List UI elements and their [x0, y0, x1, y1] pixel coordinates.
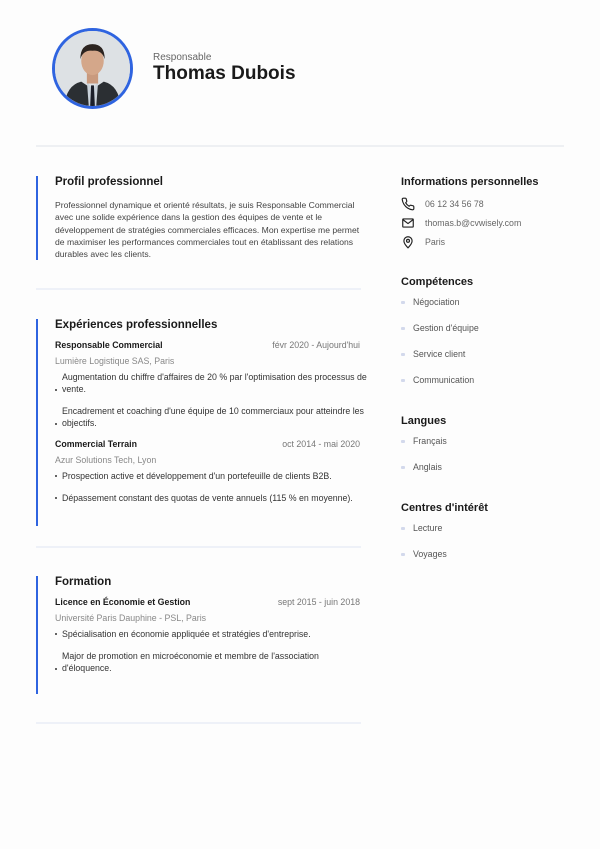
- skill-item: Service client: [401, 344, 571, 370]
- interests-section: Centres d'intérêt Lecture Voyages: [401, 502, 571, 570]
- experience-section: Expériences professionnelles Responsable…: [36, 319, 366, 526]
- entry-organization: Azur Solutions Tech, Lyon: [55, 455, 366, 465]
- contact-email: thomas.b@cvwisely.com: [401, 217, 571, 229]
- email-value: thomas.b@cvwisely.com: [425, 218, 521, 228]
- experience-entry: Commercial Terrain oct 2014 - mai 2020 A…: [55, 439, 366, 504]
- bullet-item: Major de promotion en microéconomie et m…: [55, 650, 367, 674]
- profile-section: Profil professionnel Professionnel dynam…: [36, 176, 366, 260]
- interests-list: Lecture Voyages: [401, 518, 571, 570]
- education-entry: Licence en Économie et Gestion sept 2015…: [55, 597, 366, 674]
- education-section: Formation Licence en Économie et Gestion…: [36, 576, 366, 694]
- phone-icon: [401, 197, 415, 211]
- section-divider: [36, 722, 361, 724]
- skill-item: Communication: [401, 370, 571, 396]
- full-name: Thomas Dubois: [153, 63, 296, 85]
- skills-section: Compétences Négociation Gestion d'équipe…: [401, 276, 571, 396]
- personal-info-section: Informations personnelles 06 12 34 56 78…: [401, 176, 571, 248]
- profile-text: Professionnel dynamique et orienté résul…: [55, 199, 365, 260]
- interest-item: Lecture: [401, 518, 571, 544]
- section-divider: [36, 288, 361, 290]
- entry-bullets: Prospection active et développement d'un…: [55, 470, 366, 504]
- entry-date: févr 2020 - Aujourd'hui: [272, 340, 360, 350]
- location-value: Paris: [425, 237, 445, 247]
- header-divider: [36, 145, 564, 147]
- contact-phone: 06 12 34 56 78: [401, 198, 571, 210]
- profile-photo: [55, 31, 130, 106]
- entry-organization: Lumière Logistique SAS, Paris: [55, 356, 366, 366]
- skill-item: Négociation: [401, 292, 571, 318]
- section-title: Informations personnelles: [401, 176, 571, 188]
- phone-value: 06 12 34 56 78: [425, 199, 484, 209]
- section-title: Profil professionnel: [55, 176, 366, 188]
- section-title: Compétences: [401, 276, 571, 288]
- job-title: Responsable: [153, 52, 211, 63]
- location-pin-icon: [401, 235, 415, 249]
- language-item: Anglais: [401, 457, 571, 483]
- section-title: Centres d'intérêt: [401, 502, 571, 514]
- entry-bullets: Spécialisation en économie appliquée et …: [55, 628, 366, 674]
- section-divider: [36, 546, 361, 548]
- section-title: Expériences professionnelles: [55, 319, 366, 331]
- entry-title: Licence en Économie et Gestion: [55, 597, 190, 607]
- avatar: [52, 28, 133, 109]
- cv-header: Responsable Thomas Dubois: [0, 0, 600, 140]
- bullet-item: Spécialisation en économie appliquée et …: [55, 628, 367, 640]
- mail-icon: [401, 216, 415, 230]
- entry-organization: Université Paris Dauphine - PSL, Paris: [55, 613, 366, 623]
- languages-list: Français Anglais: [401, 431, 571, 483]
- entry-bullets: Augmentation du chiffre d'affaires de 20…: [55, 371, 366, 429]
- bullet-item: Augmentation du chiffre d'affaires de 20…: [55, 371, 367, 395]
- skill-item: Gestion d'équipe: [401, 318, 571, 344]
- contact-location: Paris: [401, 236, 571, 248]
- section-title: Formation: [55, 576, 366, 588]
- skills-list: Négociation Gestion d'équipe Service cli…: [401, 292, 571, 396]
- section-title: Langues: [401, 415, 571, 427]
- entry-title: Responsable Commercial: [55, 340, 163, 350]
- entry-date: sept 2015 - juin 2018: [278, 597, 360, 607]
- languages-section: Langues Français Anglais: [401, 415, 571, 483]
- entry-date: oct 2014 - mai 2020: [282, 439, 360, 449]
- experience-entry: Responsable Commercial févr 2020 - Aujou…: [55, 340, 366, 429]
- language-item: Français: [401, 431, 571, 457]
- bullet-item: Encadrement et coaching d'une équipe de …: [55, 405, 367, 429]
- entry-title: Commercial Terrain: [55, 439, 137, 449]
- interest-item: Voyages: [401, 544, 571, 570]
- bullet-item: Dépassement constant des quotas de vente…: [55, 492, 367, 504]
- bullet-item: Prospection active et développement d'un…: [55, 470, 367, 482]
